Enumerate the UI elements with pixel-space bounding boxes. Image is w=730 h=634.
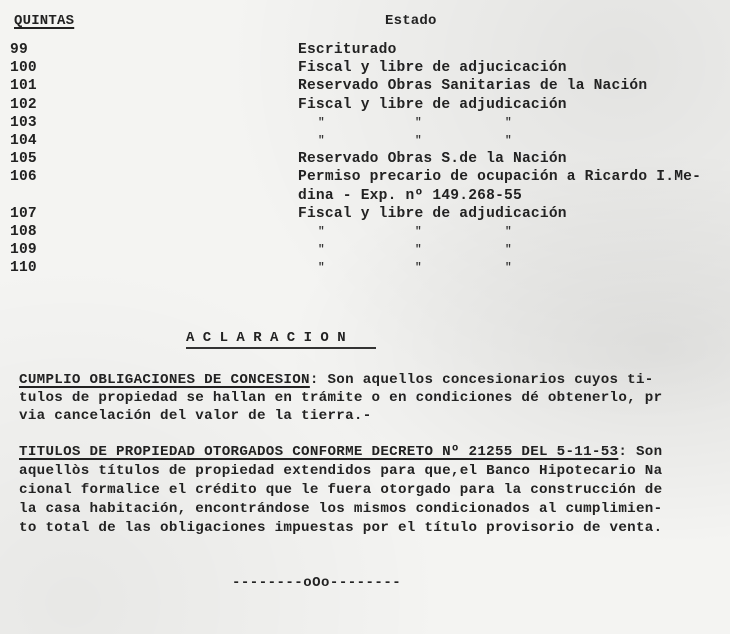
paragraph-line: la casa habitación, encontrándose los mi… <box>19 500 662 518</box>
end-divider: --------oOo-------- <box>232 574 401 592</box>
quinta-number: 106 <box>10 168 37 186</box>
quinta-number: 105 <box>10 150 37 168</box>
estado-value: Permiso precario de ocupación a Ricardo … <box>298 168 701 186</box>
estado-value-continued: dina - Exp. nº 149.268-55 <box>298 187 522 205</box>
ditto-mark: " <box>415 262 422 274</box>
quinta-number: 100 <box>10 59 37 77</box>
quinta-number: 104 <box>10 132 37 150</box>
paragraph-line: aquellòs títulos de propiedad extendidos… <box>19 462 662 480</box>
paragraph-line: CUMPLIO OBLIGACIONES DE CONCESION: Son a… <box>19 371 654 389</box>
estado-value: Fiscal y libre de adjudicación <box>298 96 567 114</box>
column-header-estado: Estado <box>385 12 437 30</box>
quinta-number: 108 <box>10 223 37 241</box>
paragraph-line: tulos de propiedad se hallan en trámite … <box>19 389 662 407</box>
ditto-mark: " <box>318 117 325 129</box>
quinta-number: 107 <box>10 205 37 223</box>
section-title-aclaracion: ACLARACION <box>186 329 354 347</box>
estado-value: Reservado Obras Sanitarias de la Nación <box>298 77 647 95</box>
quinta-number: 103 <box>10 114 37 132</box>
ditto-mark: " <box>415 135 422 147</box>
ditto-mark: " <box>318 262 325 274</box>
paragraph-line: via cancelación del valor de la tierra.- <box>19 407 372 425</box>
ditto-mark: " <box>318 135 325 147</box>
term-cumplio: CUMPLIO OBLIGACIONES DE CONCESION <box>19 372 310 388</box>
ditto-mark: " <box>505 226 512 238</box>
paragraph-line: cional formalice el crédito que le fuera… <box>19 481 662 499</box>
quinta-number: 109 <box>10 241 37 259</box>
paragraph-line: TITULOS DE PROPIEDAD OTORGADOS CONFORME … <box>19 443 662 461</box>
ditto-mark: " <box>505 135 512 147</box>
ditto-mark: " <box>318 226 325 238</box>
ditto-mark: " <box>505 262 512 274</box>
paragraph-text: : Son <box>618 444 662 460</box>
ditto-mark: " <box>415 226 422 238</box>
ditto-mark: " <box>505 117 512 129</box>
term-titulos: TITULOS DE PROPIEDAD OTORGADOS CONFORME … <box>19 444 618 460</box>
ditto-mark: " <box>505 244 512 256</box>
section-title-underline <box>186 347 376 349</box>
ditto-mark: " <box>318 244 325 256</box>
quinta-number: 101 <box>10 77 37 95</box>
ditto-mark: " <box>415 117 422 129</box>
estado-value: Fiscal y libre de adjudicación <box>298 205 567 223</box>
paragraph-line: to total de las obligaciones impuestas p… <box>19 519 662 537</box>
quinta-number: 110 <box>10 259 37 277</box>
quinta-number: 102 <box>10 96 37 114</box>
estado-value: Fiscal y libre de adjucicación <box>298 59 567 77</box>
quinta-number: 99 <box>10 41 28 59</box>
estado-value: Escriturado <box>298 41 397 59</box>
column-header-quintas: QUINTAS <box>14 12 74 30</box>
paragraph-text: : Son aquellos concesionarios cuyos ti- <box>310 372 654 388</box>
ditto-mark: " <box>415 244 422 256</box>
estado-value: Reservado Obras S.de la Nación <box>298 150 567 168</box>
